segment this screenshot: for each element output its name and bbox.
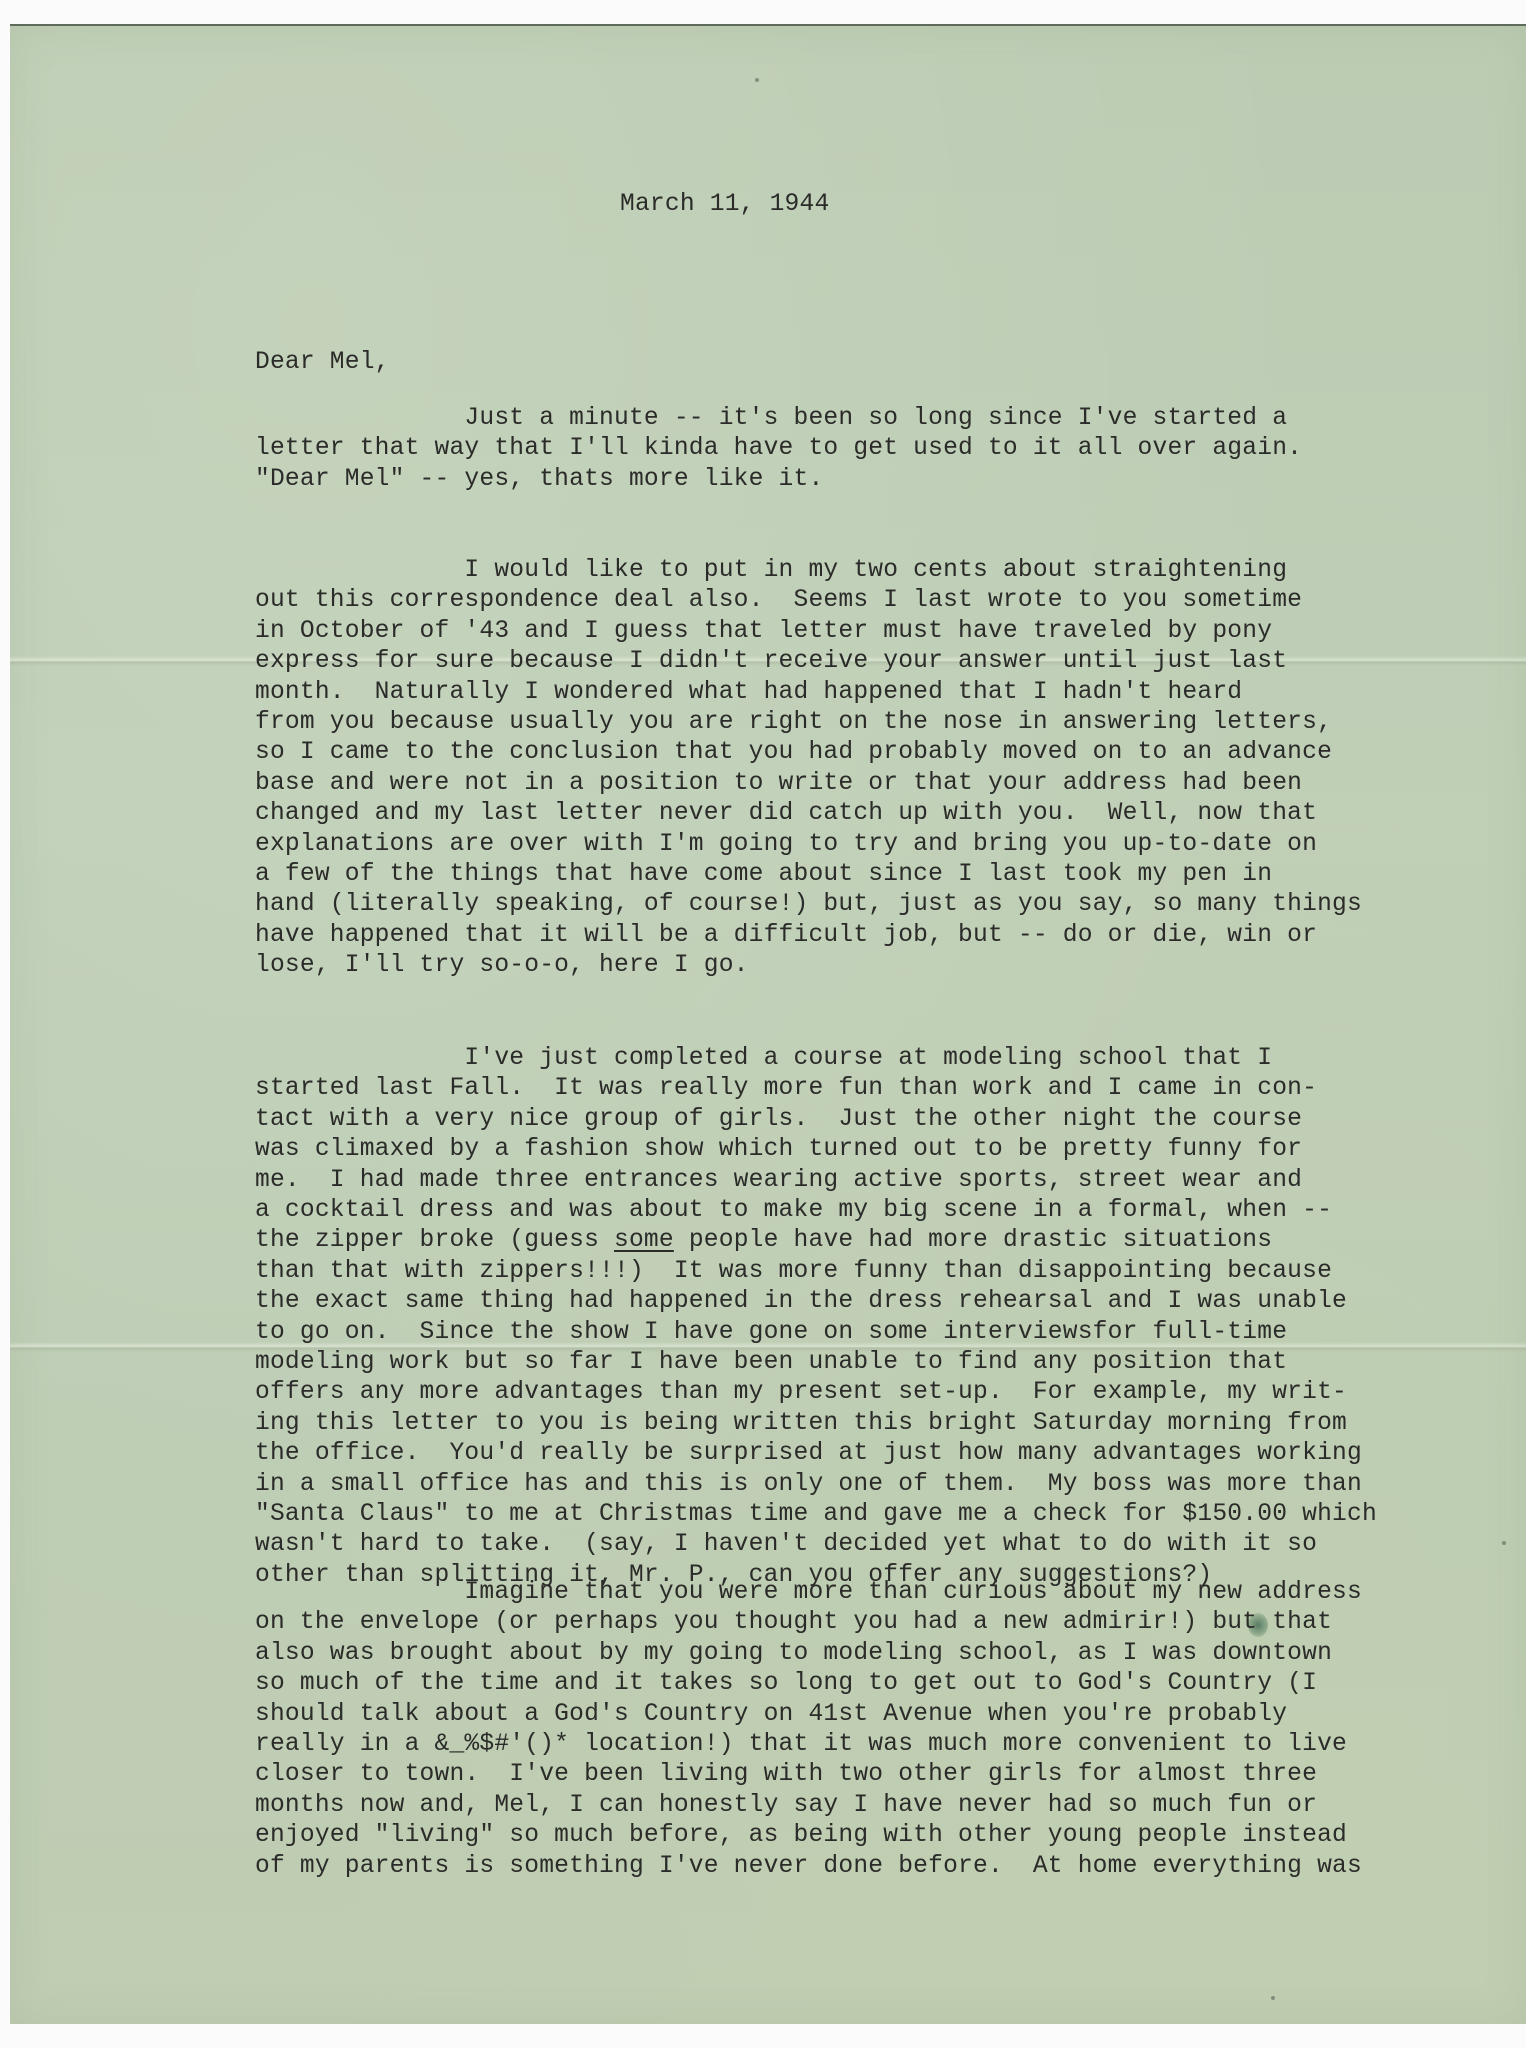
letter-line: me. I had made three entrances wearing a…: [255, 1166, 1302, 1196]
letter-line: hand (literally speaking, of course!) bu…: [255, 890, 1362, 920]
letter-line: the office. You'd really be surprised at…: [255, 1439, 1362, 1469]
letter-line: on the envelope (or perhaps you thought …: [255, 1608, 1332, 1638]
letter-line: a few of the things that have come about…: [255, 860, 1272, 890]
letter-line: should talk about a God's Country on 41s…: [255, 1700, 1287, 1730]
letter-line: so much of the time and it takes so long…: [255, 1669, 1317, 1699]
letter-line: I would like to put in my two cents abou…: [255, 556, 1287, 586]
letter-line: the exact same thing had happened in the…: [255, 1287, 1347, 1317]
letter-line: of my parents is something I've never do…: [255, 1852, 1362, 1882]
letter-line: Imagine that you were more than curious …: [255, 1578, 1362, 1608]
letter-line: also was brought about by my going to mo…: [255, 1639, 1332, 1669]
letter-line: "Santa Claus" to me at Christmas time an…: [255, 1500, 1377, 1530]
letter-line: in a small office has and this is only o…: [255, 1470, 1362, 1500]
letter-line: out this correspondence deal also. Seems…: [255, 586, 1302, 616]
letter-line: closer to town. I've been living with tw…: [255, 1760, 1317, 1790]
letter-line: month. Naturally I wondered what had hap…: [255, 678, 1242, 708]
letter-line: tact with a very nice group of girls. Ju…: [255, 1105, 1302, 1135]
letter-line: modeling work but so far I have been una…: [255, 1348, 1287, 1378]
paper-speck: [1502, 1541, 1506, 1545]
paper-speck: [1271, 1996, 1275, 2000]
letter-line: explanations are over with I'm going to …: [255, 830, 1317, 860]
letter-line: Just a minute -- it's been so long since…: [255, 404, 1287, 434]
letter-line: wasn't hard to take. (say, I haven't dec…: [255, 1530, 1317, 1560]
letter-line: offers any more advantages than my prese…: [255, 1378, 1347, 1408]
letter-line: so I came to the conclusion that you had…: [255, 738, 1332, 768]
letter-line: was climaxed by a fashion show which tur…: [255, 1135, 1302, 1165]
letter-line: base and were not in a position to write…: [255, 769, 1302, 799]
letter-line: than that with zippers!!!) It was more f…: [255, 1257, 1332, 1287]
letter-line: lose, I'll try so-o-o, here I go.: [255, 951, 749, 981]
letter-line: express for sure because I didn't receiv…: [255, 647, 1287, 677]
letter-line: the zipper broke (guess some people have…: [255, 1226, 1272, 1256]
underlined-word: some: [614, 1227, 674, 1254]
letter-line: months now and, Mel, I can honestly say …: [255, 1791, 1317, 1821]
letter-line: letter that way that I'll kinda have to …: [255, 434, 1302, 464]
letter-line: changed and my last letter never did cat…: [255, 799, 1317, 829]
letter-line: a cocktail dress and was about to make m…: [255, 1196, 1332, 1226]
letter-line: from you because usually you are right o…: [255, 708, 1332, 738]
letter-line: "Dear Mel" -- yes, thats more like it.: [255, 465, 823, 495]
letter-line: ing this letter to you is being written …: [255, 1409, 1347, 1439]
paper-speck: [755, 78, 759, 82]
letter-line: in October of '43 and I guess that lette…: [255, 617, 1272, 647]
letter-line: started last Fall. It was really more fu…: [255, 1074, 1317, 1104]
letter-line: I've just completed a course at modeling…: [255, 1044, 1272, 1074]
letter-date: March 11, 1944: [620, 190, 829, 220]
letter-line: have happened that it will be a difficul…: [255, 921, 1317, 951]
letter-line: enjoyed "living" so much before, as bein…: [255, 1821, 1347, 1851]
letter-line: to go on. Since the show I have gone on …: [255, 1318, 1287, 1348]
letter-line: really in a &_%$#'()* location!) that it…: [255, 1730, 1347, 1760]
salutation: Dear Mel,: [255, 348, 390, 378]
letter-body: March 11, 1944 Dear Mel, Just a minute -…: [0, 0, 30, 152]
